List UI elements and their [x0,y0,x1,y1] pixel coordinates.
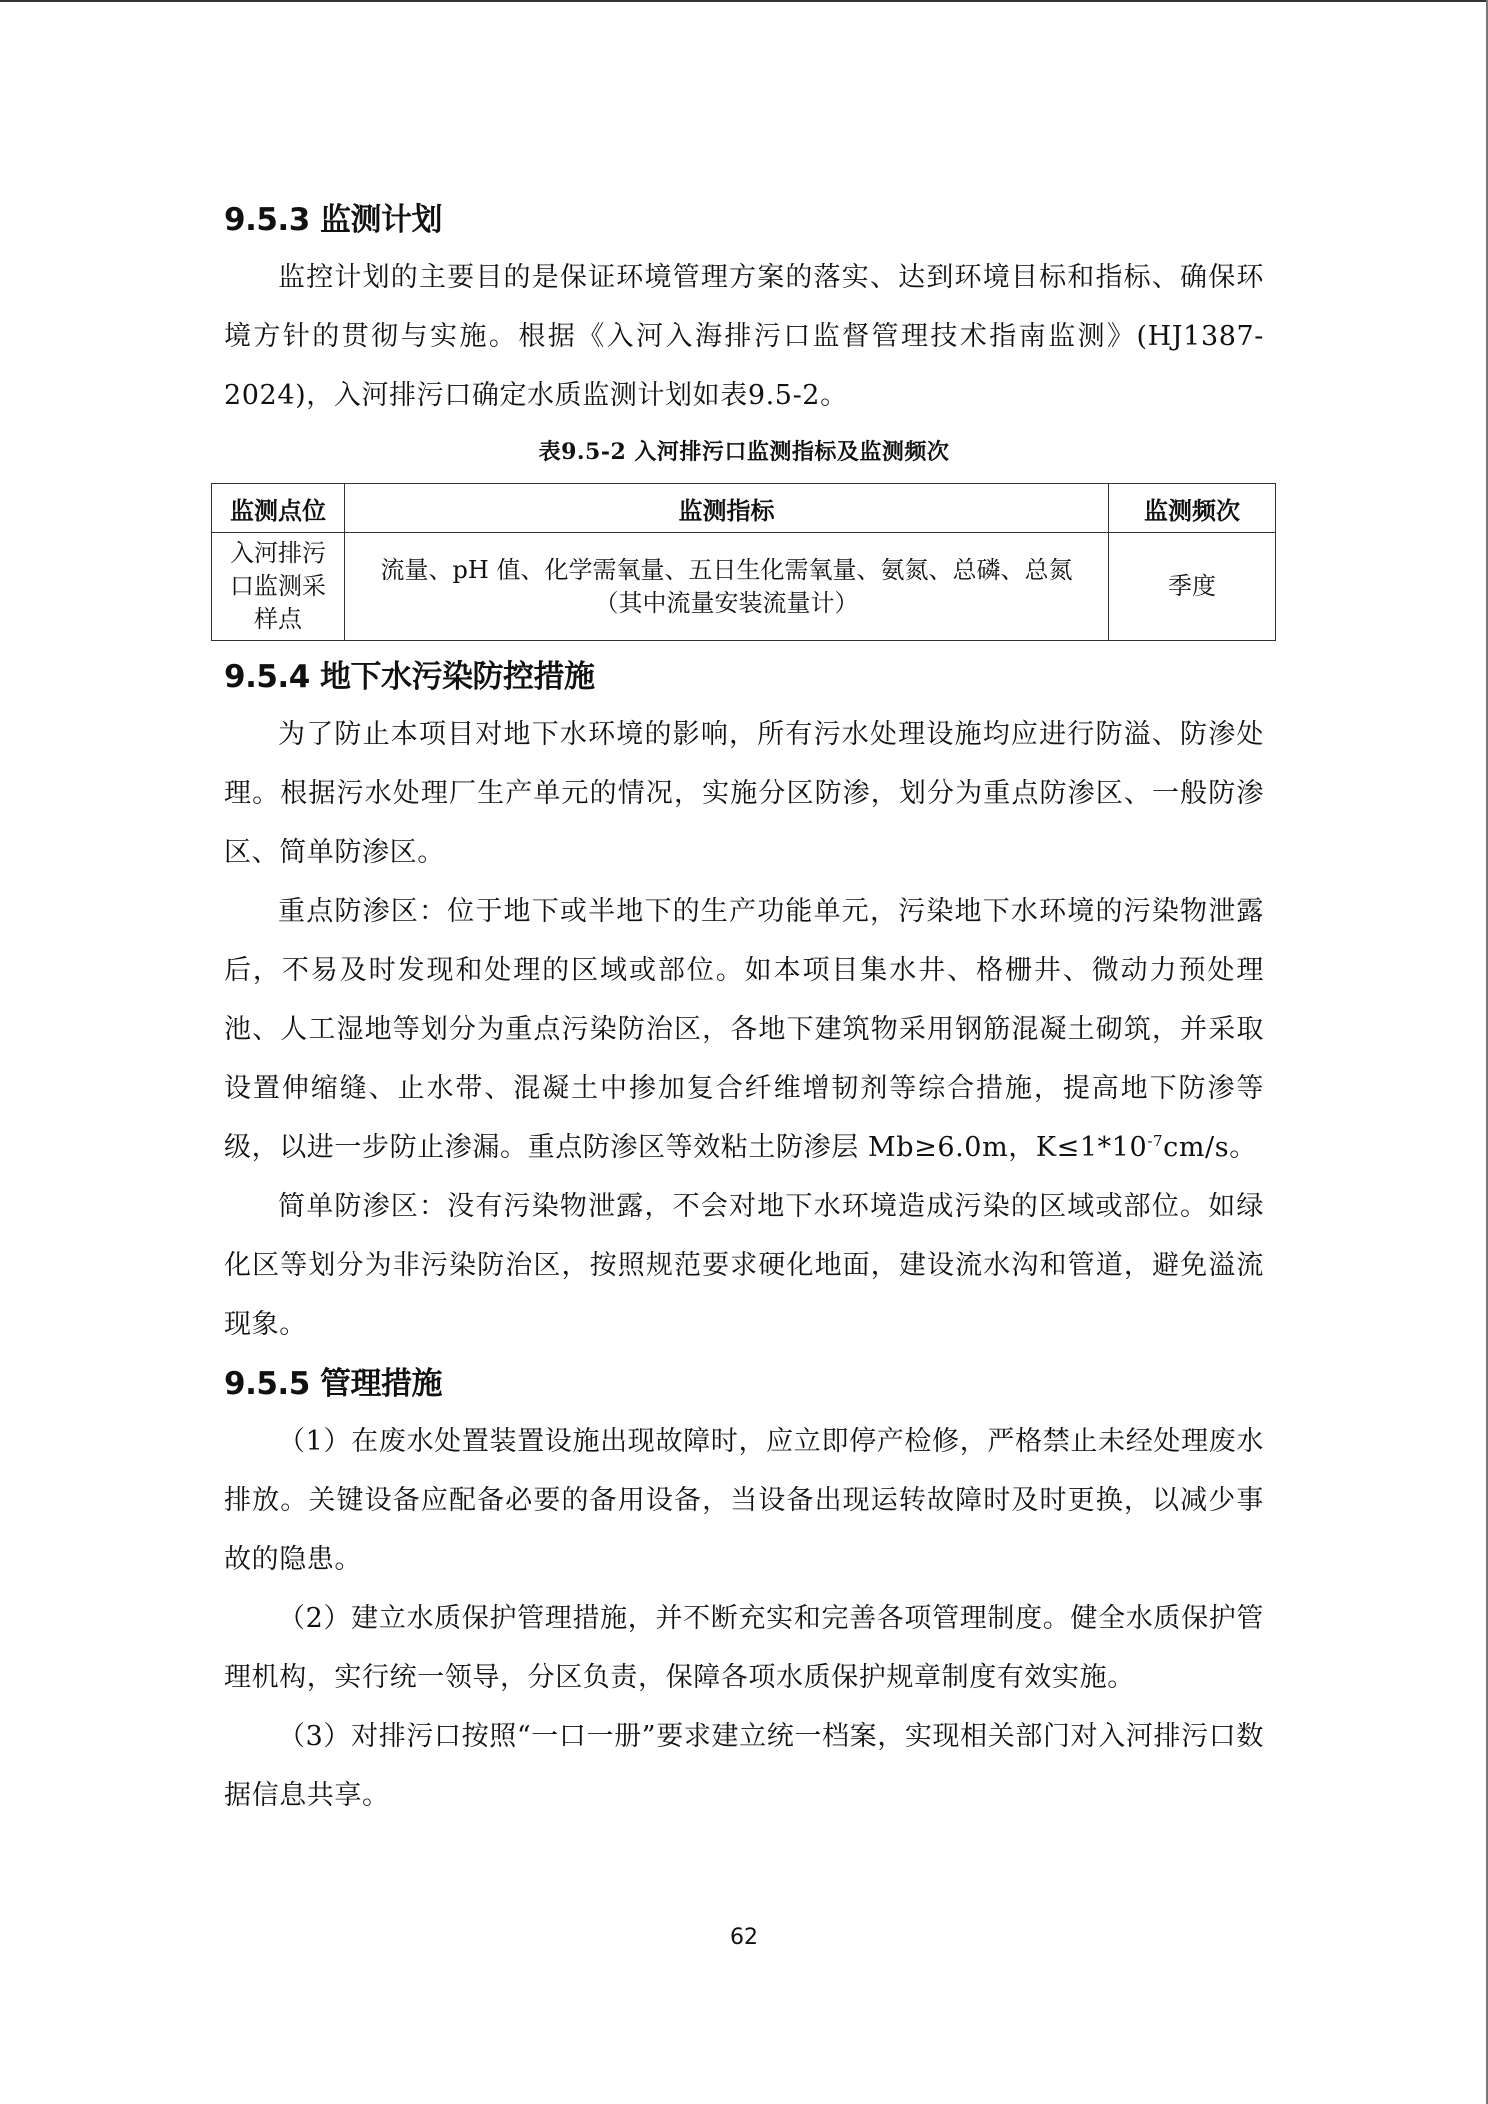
exponent-superscript: -7 [1147,1132,1163,1150]
section-heading-9-5-3: 9.5.3 监测计划 [224,196,1264,244]
table-caption: 表9.5-2 入河排污口监测指标及监测频次 [224,437,1264,467]
header-monitoring-point: 监测点位 [212,484,345,533]
key-seepage-text: 重点防渗区：位于地下或半地下的生产功能单元，污染地下水环境的污染物泄露后，不易及… [224,896,1264,1163]
management-item-3: （3）对排污口按照“一口一册”要求建立统一档案，实现相关部门对入河排污口数据信息… [224,1707,1264,1825]
cell-monitoring-frequency: 季度 [1109,533,1276,641]
header-monitoring-frequency: 监测频次 [1109,484,1276,533]
management-item-2: （2）建立水质保护管理措施，并不断充实和完善各项管理制度。健全水质保护管理机构，… [224,1589,1264,1707]
header-monitoring-indicators: 监测指标 [345,484,1109,533]
table-row: 入河排污口监测采样点 流量、pH 值、化学需氧量、五日生化需氧量、氨氮、总磷、总… [212,533,1276,641]
management-item-1: （1）在废水处置装置设施出现故障时，应立即停产检修，严格禁止未经处理废水排放。关… [224,1412,1264,1589]
paragraph-monitoring-plan: 监控计划的主要目的是保证环境管理方案的落实、达到环境目标和指标、确保环境方针的贯… [224,248,1264,425]
cell-monitoring-point: 入河排污口监测采样点 [212,533,345,641]
table-header-row: 监测点位 监测指标 监测频次 [212,484,1276,533]
indicators-line-2: （其中流量安装流量计） [355,587,1098,620]
page-content: 9.5.3 监测计划 监控计划的主要目的是保证环境管理方案的落实、达到环境目标和… [224,196,1264,1825]
cell-monitoring-indicators: 流量、pH 值、化学需氧量、五日生化需氧量、氨氮、总磷、总氮 （其中流量安装流量… [345,533,1109,641]
paragraph-simple-seepage-zone: 简单防渗区：没有污染物泄露，不会对地下水环境造成污染的区域或部位。如绿化区等划分… [224,1177,1264,1354]
page-number: 62 [0,1925,1488,1950]
section-heading-9-5-4: 9.5.4 地下水污染防控措施 [224,653,1264,701]
page-border-top [0,0,1488,2]
paragraph-groundwater-intro: 为了防止本项目对地下水环境的影响，所有污水处理设施均应进行防溢、防渗处理。根据污… [224,705,1264,882]
section-heading-9-5-5: 9.5.5 管理措施 [224,1360,1264,1408]
indicators-line-1: 流量、pH 值、化学需氧量、五日生化需氧量、氨氮、总磷、总氮 [355,554,1098,587]
paragraph-key-seepage-zone: 重点防渗区：位于地下或半地下的生产功能单元，污染地下水环境的污染物泄露后，不易及… [224,882,1264,1177]
monitoring-table: 监测点位 监测指标 监测频次 入河排污口监测采样点 流量、pH 值、化学需氧量、… [211,483,1276,641]
key-seepage-unit: cm/s。 [1163,1132,1257,1163]
